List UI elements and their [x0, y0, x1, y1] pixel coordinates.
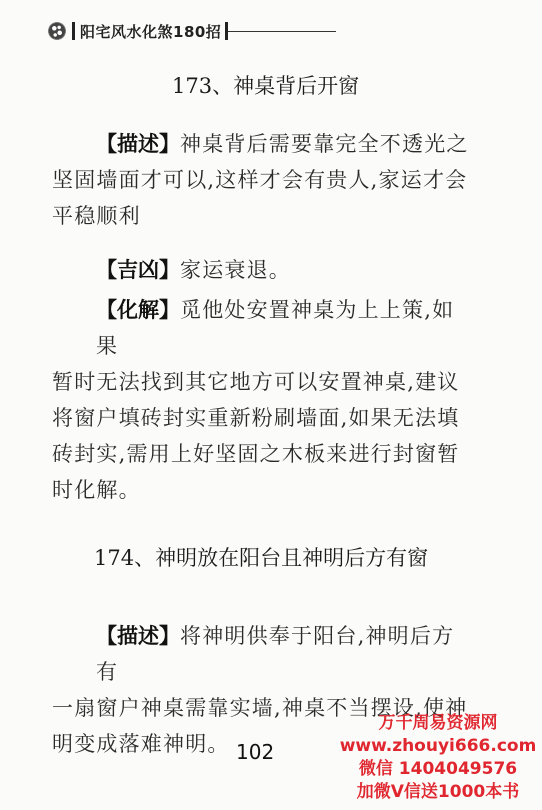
text-line: 坚固墙面才可以,这样才会有贵人,家运才会 [52, 162, 472, 198]
header-rule [228, 31, 336, 32]
header-bar-left [72, 22, 75, 40]
watermark-site-name: 万千周易资源网 [338, 712, 538, 735]
paragraph-description-173: 【描述】神桌背后需要靠完全不透光之 坚固墙面才可以,这样才会有贵人,家运才会 平… [52, 126, 472, 234]
text-line: 家运衰退。 [180, 258, 291, 282]
watermark-promo: 加微V信送1000本书 [338, 781, 538, 804]
running-header: 阳宅风水化煞180招 [48, 20, 336, 42]
tag-description: 【描述】 [96, 624, 180, 648]
book-title: 阳宅风水化煞180招 [80, 21, 221, 42]
text-line: 平稳顺利 [52, 198, 472, 234]
text-line: 暂时无法找到其它地方可以安置神桌,建议 [52, 364, 472, 400]
ornamental-seal-icon [48, 22, 66, 40]
paragraph-remedy-173: 【化解】觅他处安置神桌为上上策,如果 暂时无法找到其它地方可以安置神桌,建议 将… [52, 292, 472, 508]
text-line: 将窗户填砖封实重新粉刷墙面,如果无法填 [52, 400, 472, 436]
text-line: 砖封实,需用上好坚固之木板来进行封窗暂 [52, 436, 472, 472]
text-line: 神桌背后需要靠完全不透光之 [180, 132, 469, 156]
tag-description: 【描述】 [96, 132, 180, 156]
watermark-url: www.zhouyi666.com [338, 735, 538, 758]
watermark: 万千周易资源网 www.zhouyi666.com 微信 1404049576 … [338, 712, 538, 804]
tag-fortune: 【吉凶】 [96, 258, 180, 282]
paragraph-fortune-173: 【吉凶】家运衰退。 [52, 252, 472, 288]
tag-remedy: 【化解】 [96, 298, 180, 322]
section-title-174: 174、神明放在阳台且神明后方有窗 [94, 542, 428, 572]
section-title-173: 173、神桌背后开窗 [172, 70, 359, 100]
page-number: 102 [236, 740, 274, 764]
watermark-wechat: 微信 1404049576 [338, 758, 538, 781]
text-line: 时化解。 [52, 472, 472, 508]
